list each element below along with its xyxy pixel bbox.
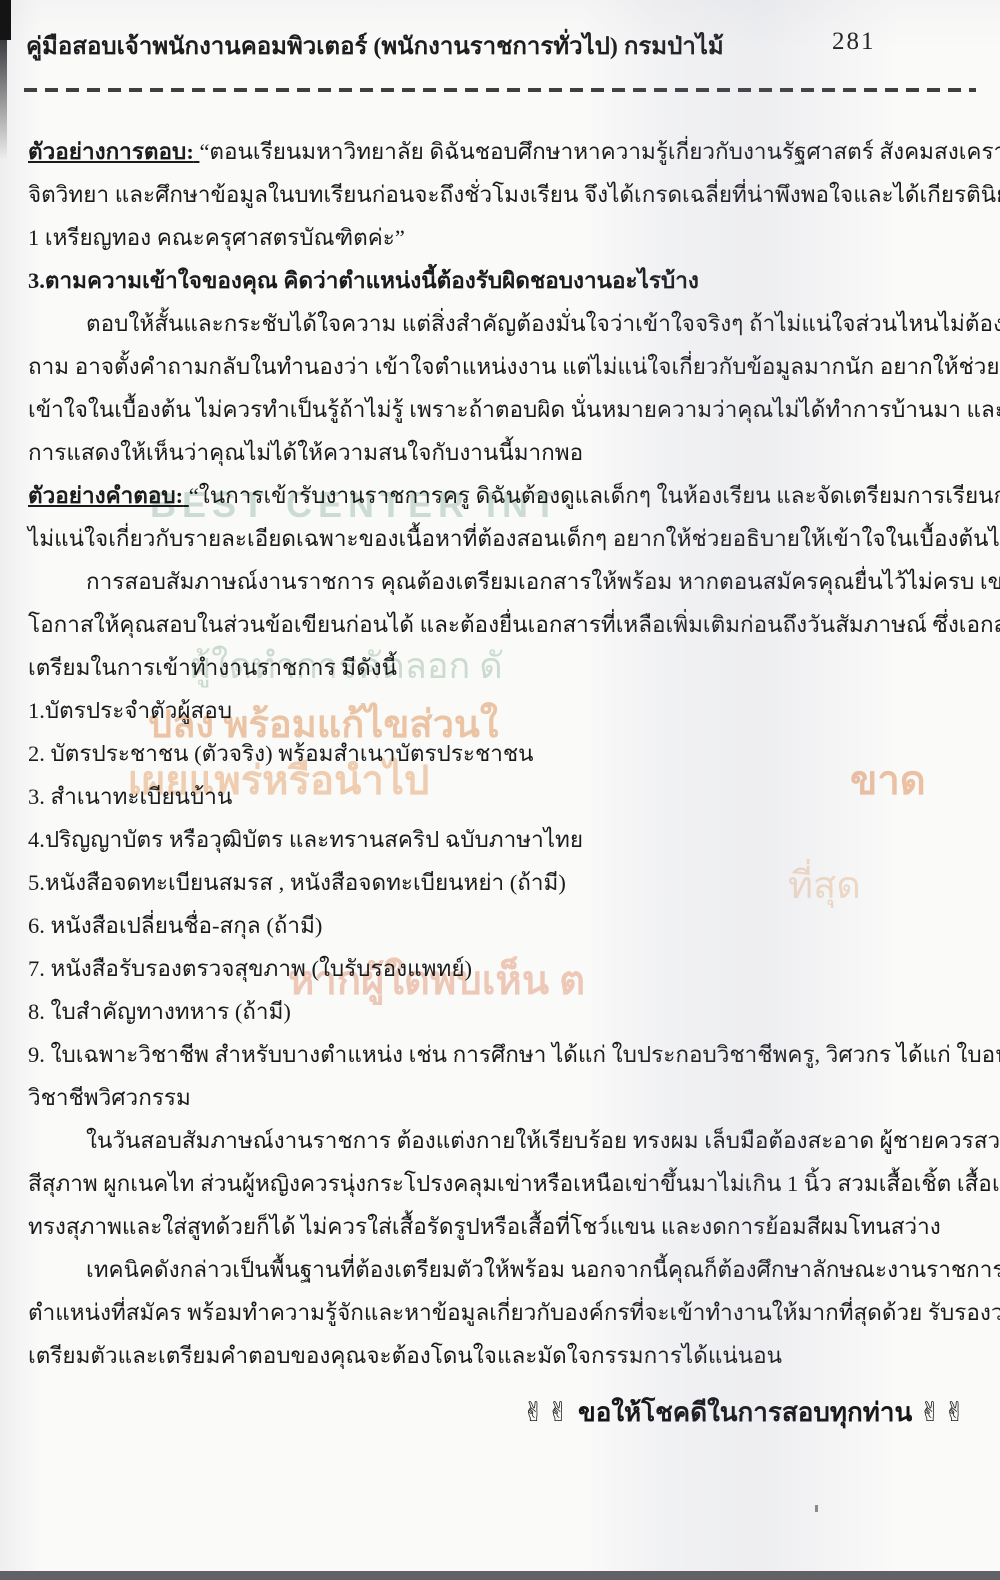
- paragraph-line: ตัวอย่างการตอบ:“ตอนเรียนมหาวิทยาลัย ดิฉั…: [28, 130, 972, 173]
- list-item-1: 1.บัตรประจำตัวผู้สอบ: [28, 689, 972, 732]
- victory-hands-icon: ✌✌: [522, 1397, 571, 1428]
- scan-edge-bottom-artifact: [0, 1571, 1000, 1580]
- list-item-9: 9. ใบเฉพาะวิชาชีพ สำหรับบางตำแหน่ง เช่น …: [28, 1033, 972, 1076]
- paragraph-line: เตรียมตัวและเตรียมคำตอบของคุณจะต้องโดนใจ…: [28, 1334, 972, 1377]
- paragraph-line: ถาม อาจตั้งคำถามกลับในทำนองว่า เข้าใจตำแ…: [28, 345, 972, 388]
- list-item-3: 3. สำเนาทะเบียนบ้าน: [28, 775, 972, 818]
- document-body: ตัวอย่างการตอบ:“ตอนเรียนมหาวิทยาลัย ดิฉั…: [28, 130, 972, 1377]
- page-number: 281: [832, 28, 876, 56]
- good-luck-message: ✌✌ ขอให้โชคดีในการสอบทุกท่าน ✌✌: [522, 1392, 968, 1433]
- paragraph-line: ตอบให้สั้นและกระชับได้ใจความ แต่สิ่งสำคั…: [28, 302, 972, 345]
- list-item-8: 8. ใบสำคัญทางทหาร (ถ้ามี): [28, 990, 972, 1033]
- paragraph-line: การแสดงให้เห็นว่าคุณไม่ได้ให้ความสนใจกับ…: [28, 431, 972, 474]
- victory-hands-icon: ✌✌: [919, 1397, 968, 1428]
- question-heading: 3.ตามความเข้าใจของคุณ คิดว่าตำแหน่งนี้ต้…: [28, 259, 972, 302]
- paragraph-text: “ตอนเรียนมหาวิทยาลัย ดิฉันชอบศึกษาหาความ…: [199, 139, 1000, 164]
- paragraph-line: จิตวิทยา และศึกษาข้อมูลในบทเรียนก่อนจะถึ…: [28, 173, 972, 216]
- list-item-7: 7. หนังสือรับรองตรวจสุขภาพ (ใบรับรองแพทย…: [28, 947, 972, 990]
- list-item-5: 5.หนังสือจดทะเบียนสมรส , หนังสือจดทะเบีย…: [28, 861, 972, 904]
- paragraph-line: สีสุภาพ ผูกเนคไท ส่วนผู้หญิงควรนุ่งกระโป…: [28, 1162, 972, 1205]
- paragraph-line: ตัวอย่างคำตอบ:“ในการเข้ารับงานราชการครู …: [28, 474, 972, 517]
- paragraph-line: โอกาสให้คุณสอบในส่วนข้อเขียนก่อนได้ และต…: [28, 603, 972, 646]
- good-luck-text: ขอให้โชคดีในการสอบทุกท่าน: [571, 1398, 918, 1427]
- document-title: คู่มือสอบเจ้าพนักงานคอมพิวเตอร์ (พนักงาน…: [26, 26, 724, 65]
- paragraph-line: เตรียมในการเข้าทำงานราชการ มีดังนี้: [28, 646, 972, 689]
- scan-edge-left-artifact: [0, 40, 7, 160]
- paragraph-line: เข้าใจในเบื้องต้น ไม่ควรทำเป็นรู้ถ้าไม่ร…: [28, 388, 972, 431]
- list-item-4: 4.ปริญญาบัตร หรือวุฒิบัตร และทรานสคริป ฉ…: [28, 818, 972, 861]
- paragraph-line: การสอบสัมภาษณ์งานราชการ คุณต้องเตรียมเอก…: [28, 560, 972, 603]
- paragraph-line: ไม่แน่ใจเกี่ยวกับรายละเอียดเฉพาะของเนื้อ…: [28, 517, 972, 560]
- paragraph-line: 1 เหรียญทอง คณะครุศาสตรบัณฑิตค่ะ”: [28, 216, 972, 259]
- example-reply-label: ตัวอย่างคำตอบ:: [28, 483, 189, 508]
- list-item-9-continued: วิชาชีพวิศวกรรม: [28, 1076, 972, 1119]
- scan-edge-corner-artifact: [0, 0, 11, 40]
- scanned-document-page: BEST CENTER INT ผู้ใดทำการคัดลอก ดั ปลง …: [0, 0, 1000, 1580]
- paragraph-text: “ในการเข้ารับงานราชการครู ดิฉันต้องดูแลเ…: [189, 483, 1000, 508]
- scan-speck-artifact: [815, 1505, 818, 1512]
- paragraph-line: ทรงสุภาพและใส่สูทด้วยก็ได้ ไม่ควรใส่เสื้…: [28, 1205, 972, 1248]
- list-item-6: 6. หนังสือเปลี่ยนชื่อ-สกุล (ถ้ามี): [28, 904, 972, 947]
- list-item-2: 2. บัตรประชาชน (ตัวจริง) พร้อมสำเนาบัตรป…: [28, 732, 972, 775]
- page-header: คู่มือสอบเจ้าพนักงานคอมพิวเตอร์ (พนักงาน…: [26, 26, 976, 65]
- paragraph-line: เทคนิคดังกล่าวเป็นพื้นฐานที่ต้องเตรียมตั…: [28, 1248, 972, 1291]
- example-answer-label: ตัวอย่างการตอบ:: [28, 139, 199, 164]
- paragraph-line: ตำแหน่งที่สมัคร พร้อมทำความรู้จักและหาข้…: [28, 1291, 972, 1334]
- dashed-separator: [24, 88, 976, 92]
- paragraph-line: ในวันสอบสัมภาษณ์งานราชการ ต้องแต่งกายให้…: [28, 1119, 972, 1162]
